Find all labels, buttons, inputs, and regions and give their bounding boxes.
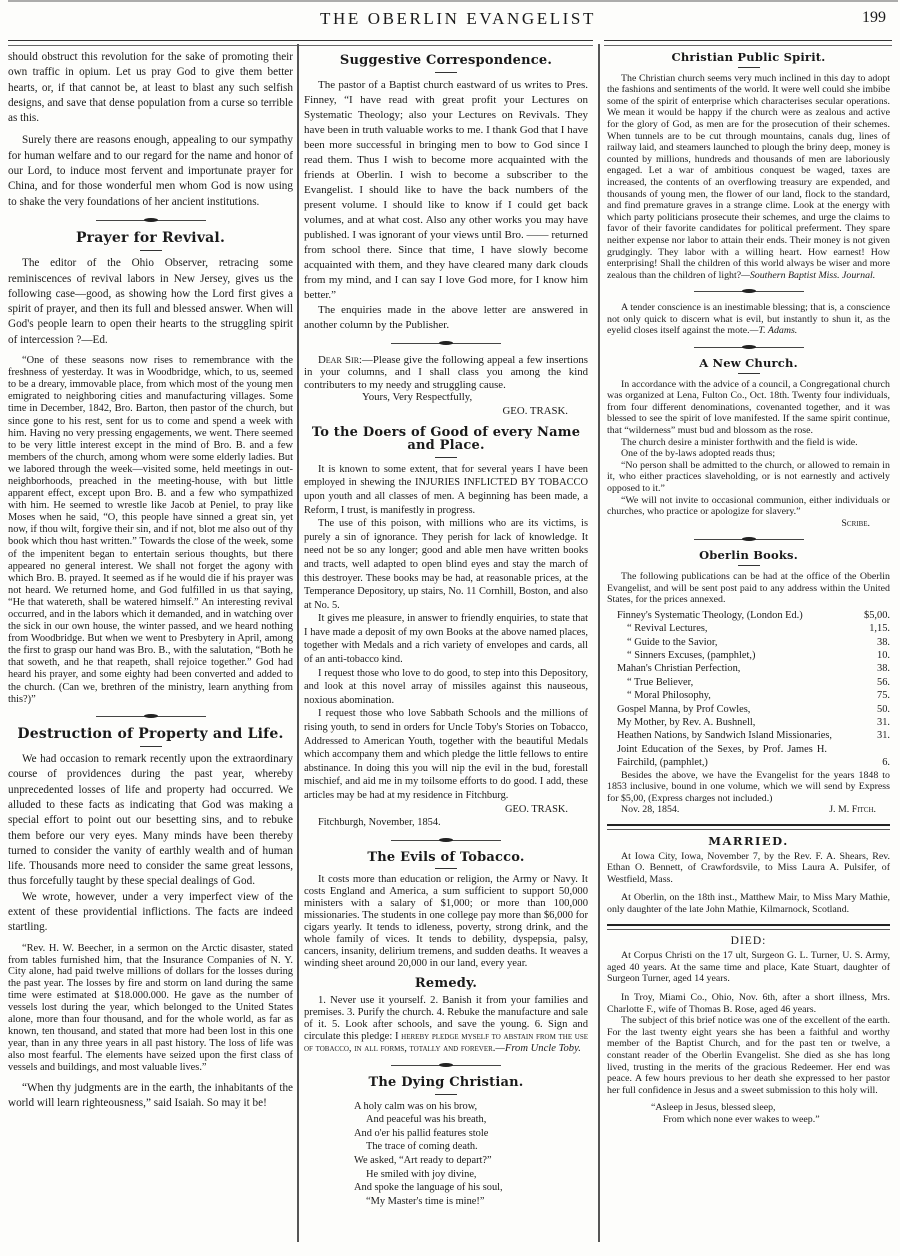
title-dash: [738, 565, 760, 566]
poem-line: And peaceful was his breath,: [354, 1113, 588, 1127]
article-dateline: Fitchburgh, November, 1854.: [304, 816, 588, 830]
ornament-divider: [694, 539, 804, 542]
letter-closing: Yours, Very Respectfully,: [304, 391, 588, 405]
ornament-divider: [96, 220, 206, 223]
article-paragraph: In accordance with the advice of a counc…: [607, 379, 890, 437]
poem-line: And spoke the language of his soul,: [354, 1181, 588, 1195]
verse: “Asleep in Jesus, blessed sleep, From wh…: [651, 1102, 890, 1125]
book-item: Mahan's Christian Perfection,38.: [607, 662, 890, 675]
notice-paragraph: At Oberlin, on the 18th inst., Matthew M…: [607, 892, 890, 915]
article-paragraph: We had occasion to remark recently upon …: [8, 752, 293, 890]
article-title-suggestive-correspondence: Suggestive Correspondence.: [304, 54, 588, 68]
article-paragraph: “We will not invite to occasional commun…: [607, 495, 890, 518]
notice-paragraph: At Iowa City, Iowa, November 7, by the R…: [607, 851, 890, 886]
article-paragraph: A tender conscience is an inestimable bl…: [607, 302, 890, 337]
poem-line: And o'er his pallid features stole: [354, 1127, 588, 1141]
column-divider-1: [297, 44, 300, 1242]
column-2: Suggestive Correspondence. The pastor of…: [304, 50, 588, 1208]
article-title-dying-christian: The Dying Christian.: [304, 1076, 588, 1090]
article-title-remedy: Remedy.: [304, 977, 588, 991]
article-title-oberlin-books: Oberlin Books.: [607, 550, 890, 562]
title-dash: [738, 67, 760, 68]
article-signature: GEO. TRASK.: [304, 803, 588, 817]
article-paragraph: “No person shall be admitted to the chur…: [607, 460, 890, 495]
article-paragraph: We wrote, however, under a very imperfec…: [8, 890, 293, 936]
article-paragraph: “Rev. H. W. Beecher, in a sermon on the …: [8, 943, 293, 1074]
book-item: Joint Education of the Sexes, by Prof. J…: [607, 743, 890, 770]
title-dash: [435, 868, 457, 869]
pledge-source: —From Uncle Toby.: [495, 1043, 580, 1054]
title-dash: [140, 746, 162, 747]
verse-line: From which none ever wakes to weep.”: [651, 1114, 890, 1126]
books-signature: J. M. Fitch.: [829, 804, 876, 816]
books-signature-line: Nov. 28, 1854. J. M. Fitch.: [607, 804, 890, 816]
article-title-evils-of-tobacco: The Evils of Tobacco.: [304, 851, 588, 865]
article-paragraph: The Christian church seems very much inc…: [607, 73, 890, 282]
title-dash: [435, 457, 457, 458]
letter-body: Dear Sir:—Please give the following appe…: [304, 354, 588, 392]
poem-line: We asked, “Art ready to depart?”: [354, 1154, 588, 1168]
title-dash: [435, 72, 457, 73]
masthead: THE OBERLIN EVANGELIST 199: [0, 6, 900, 32]
column-divider-2: [598, 44, 601, 1242]
article-paragraph: should obstruct this revolution for the …: [8, 50, 293, 126]
title-dash: [435, 1094, 457, 1095]
book-item: “ Sinners Excuses, (pamphlet,)10.: [607, 649, 890, 662]
article-paragraph: Surely there are reasons enough, appeali…: [8, 133, 293, 209]
article-source: —Southern Baptist Miss. Journal.: [741, 270, 875, 281]
title-dash: [140, 250, 162, 251]
book-price-list: Finney's Systematic Theology, (London Ed…: [607, 609, 890, 770]
letter-salutation: Dear Sir: [318, 354, 359, 366]
article-paragraph: It costs more than education or religion…: [304, 874, 588, 970]
book-item: My Mother, by Rev. A. Bushnell,31.: [607, 716, 890, 729]
article-paragraph: I request those who love Sabbath Schools…: [304, 707, 588, 802]
ornament-divider: [96, 716, 206, 719]
article-paragraph: The pastor of a Baptist church eastward …: [304, 78, 588, 303]
letter-signature: GEO. TRASK.: [304, 405, 588, 419]
section-title-died: DIED:: [607, 936, 890, 948]
column-1: should obstruct this revolution for the …: [8, 50, 293, 1111]
article-paragraph: The church desire a minister forthwith a…: [607, 437, 890, 449]
article-paragraph: The enquiries made in the above letter a…: [304, 303, 588, 333]
book-item: “ Moral Philosophy,75.: [607, 689, 890, 702]
article-title-prayer-for-revival: Prayer for Revival.: [8, 231, 293, 246]
article-paragraph: The editor of the Ohio Observer, retraci…: [8, 256, 293, 348]
article-title-destruction: Destruction of Property and Life.: [8, 727, 293, 742]
article-title-christian-public-spirit: Christian Public Spirit.: [607, 52, 890, 64]
article-paragraph: 1. Never use it yourself. 2. Banish it f…: [304, 995, 588, 1055]
book-item: “ True Believer,56.: [607, 676, 890, 689]
title-dash: [738, 373, 760, 374]
top-edge-rule: [8, 0, 898, 2]
article-paragraph: One of the by-laws adopted reads thus;: [607, 448, 890, 460]
book-item: Gospel Manna, by Prof Cowles,50.: [607, 703, 890, 716]
ornament-divider: [391, 840, 501, 843]
poem: A holy calm was on his brow, And peacefu…: [354, 1100, 588, 1209]
article-paragraph: It gives me pleasure, in answer to frien…: [304, 612, 588, 666]
article-paragraph: “When thy judgments are in the earth, th…: [8, 1081, 293, 1112]
notice-paragraph: The subject of this brief notice was one…: [607, 1015, 890, 1096]
ornament-divider: [391, 343, 501, 346]
section-rule: [607, 924, 890, 930]
article-paragraph: “One of these seasons now rises to remem…: [8, 355, 293, 706]
book-item: Heathen Nations, by Sandwich Island Miss…: [607, 729, 890, 742]
article-paragraph: I request those who love to do good, to …: [304, 667, 588, 708]
header-rule-left: [8, 40, 593, 46]
poem-line: “My Master's time is mine!”: [354, 1195, 588, 1209]
ornament-divider: [694, 347, 804, 350]
poem-line: A holy calm was on his brow,: [354, 1100, 588, 1114]
newspaper-title: THE OBERLIN EVANGELIST: [320, 9, 596, 29]
ornament-divider: [391, 1065, 501, 1068]
books-date: Nov. 28, 1854.: [621, 804, 679, 816]
section-title-married: MARRIED.: [607, 836, 890, 848]
article-paragraph: It is known to some extent, that for sev…: [304, 463, 588, 517]
ornament-divider: [694, 291, 804, 294]
article-signature: Scribe.: [607, 518, 890, 530]
poem-line: He smiled with joy divine,: [354, 1168, 588, 1182]
verse-line: “Asleep in Jesus, blessed sleep,: [651, 1102, 890, 1114]
poem-line: The trace of coming death.: [354, 1140, 588, 1154]
article-paragraph: The following publications can be had at…: [607, 571, 890, 606]
article-title-doers-of-good: To the Doers of Good of every Name and P…: [304, 426, 588, 453]
book-item: Finney's Systematic Theology, (London Ed…: [607, 609, 890, 622]
page-number: 199: [862, 9, 886, 27]
notice-paragraph: At Corpus Christi on the 17 ult, Surgeon…: [607, 950, 890, 985]
article-title-new-church: A New Church.: [607, 358, 890, 370]
section-rule: [607, 824, 890, 830]
book-item: “ Revival Lectures,1,15.: [607, 622, 890, 635]
article-paragraph: Besides the above, we have the Evangelis…: [607, 770, 890, 805]
article-paragraph: The use of this poison, with millions wh…: [304, 517, 588, 612]
notice-paragraph: In Troy, Miami Co., Ohio, Nov. 6th, afte…: [607, 992, 890, 1015]
column-3: Christian Public Spirit. The Christian c…: [607, 50, 890, 1125]
book-item: “ Guide to the Savior,38.: [607, 636, 890, 649]
article-source: —T. Adams.: [750, 325, 798, 336]
header-rule-right: [604, 40, 892, 46]
